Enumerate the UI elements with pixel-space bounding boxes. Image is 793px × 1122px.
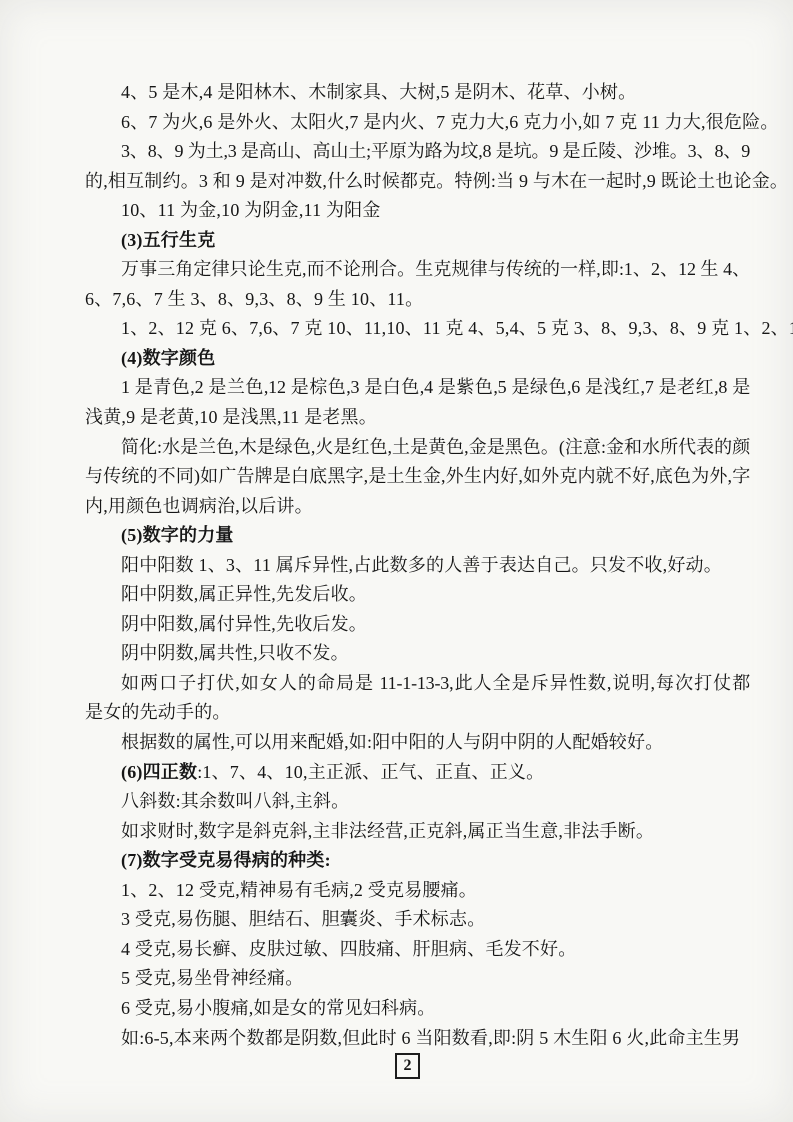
text-line: 4 受克,易长癣、皮肤过敏、四肢痛、肝胆病、毛发不好。 — [85, 935, 750, 965]
text-line: 如求财时,数字是斜克斜,主非法经营,正克斜,属正当生意,非法手断。 — [85, 817, 750, 847]
text-line: 万事三角定律只论生克,而不论刑合。生克规律与传统的一样,即:1、2、12 生 4… — [85, 255, 750, 285]
text-line-segment: 10、11 为金,10 为阴金,11 为阳金 — [121, 200, 381, 220]
text-line: 如:6-5,本来两个数都是阴数,但此时 6 当阳数看,即:阴 5 木生阳 6 火… — [85, 1024, 750, 1054]
text-line-segment: 如:6-5,本来两个数都是阴数,但此时 6 当阳数看,即:阴 5 木生阳 6 火… — [121, 1028, 740, 1048]
text-line-segment: 如两口子打伏,如女人的命局是 11-1-13-3,此人全是斥异性数,说明,每次打… — [121, 673, 750, 693]
text-line: (3)五行生克 — [85, 226, 750, 256]
text-line: 3、8、9 为土,3 是高山、高山土;平原为路为坟,8 是坑。9 是丘陵、沙堆。… — [85, 137, 750, 167]
text-line: 1 是青色,2 是兰色,12 是棕色,3 是白色,4 是紫色,5 是绿色,6 是… — [85, 373, 750, 403]
text-line-bold-segment: (4)数字颜色 — [121, 348, 215, 368]
text-line-segment: 3 受克,易伤腿、胆结石、胆囊炎、手术标志。 — [121, 909, 485, 929]
text-line-segment: 1、2、12 受克,精神易有毛病,2 受克易腰痛。 — [121, 880, 477, 900]
text-line-segment: 八斜数:其余数叫八斜,主斜。 — [121, 791, 349, 811]
text-line: 4、5 是木,4 是阳林木、木制家具、大树,5 是阴木、花草、小树。 — [85, 78, 750, 108]
text-line: 5 受克,易坐骨神经痛。 — [85, 964, 750, 994]
page-number: 2 — [395, 1053, 420, 1079]
text-line-segment: 内,用颜色也调病治,以后讲。 — [85, 496, 313, 516]
text-line-segment: 根据数的属性,可以用来配婚,如:阳中阳的人与阴中阴的人配婚较好。 — [121, 732, 663, 752]
text-line: 浅黄,9 是老黄,10 是浅黑,11 是老黑。 — [85, 403, 750, 433]
text-line: 1、2、12 受克,精神易有毛病,2 受克易腰痛。 — [85, 876, 750, 906]
text-line: 3 受克,易伤腿、胆结石、胆囊炎、手术标志。 — [85, 905, 750, 935]
text-line: 阴中阴数,属共性,只收不发。 — [85, 639, 750, 669]
text-line-segment: 3、8、9 为土,3 是高山、高山土;平原为路为坟,8 是坑。9 是丘陵、沙堆。… — [85, 141, 750, 167]
text-line: 1、2、12 克 6、7,6、7 克 10、11,10、11 克 4、5,4、5… — [85, 314, 750, 344]
text-line-segment: 6、7,6、7 生 3、8、9,3、8、9 生 10、11。 — [85, 289, 423, 309]
text-line: (6)四正数:1、7、4、10,主正派、正气、正直、正义。 — [85, 758, 750, 788]
text-line-segment: 与传统的不同)如广告牌是白底黑字,是土生金,外生内好,如外克内就不好,底色为外,… — [85, 466, 750, 492]
text-line-segment: 1 是青色,2 是兰色,12 是棕色,3 是白色,4 是紫色,5 是绿色,6 是… — [121, 377, 750, 397]
text-line-bold-segment: (3)五行生克 — [121, 230, 215, 250]
text-line: 根据数的属性,可以用来配婚,如:阳中阳的人与阴中阴的人配婚较好。 — [85, 728, 750, 758]
text-line: 内,用颜色也调病治,以后讲。 — [85, 492, 750, 522]
text-line-segment: 的,相互制约。3 和 9 是对冲数,什么时候都克。特例:当 9 与木在一起时,9… — [85, 171, 788, 191]
text-line-bold-segment: (7)数字受克易得病的种类: — [121, 850, 331, 870]
text-line-segment: 万事三角定律只论生克,而不论刑合。生克规律与传统的一样,即:1、2、12 生 4… — [85, 259, 750, 285]
text-line: 如两口子打伏,如女人的命局是 11-1-13-3,此人全是斥异性数,说明,每次打… — [85, 669, 750, 699]
text-line-bold-segment: (5)数字的力量 — [121, 525, 234, 545]
text-line: 是女的先动手的。 — [85, 698, 750, 728]
text-line: 八斜数:其余数叫八斜,主斜。 — [85, 787, 750, 817]
text-line-segment: 阴中阳数,属付异性,先收后发。 — [121, 614, 367, 634]
text-line-segment: 浅黄,9 是老黄,10 是浅黑,11 是老黑。 — [85, 407, 377, 427]
text-line-segment: 阴中阴数,属共性,只收不发。 — [121, 643, 349, 663]
text-line: 阴中阳数,属付异性,先收后发。 — [85, 610, 750, 640]
text-line-segment: 5 受克,易坐骨神经痛。 — [121, 968, 303, 988]
text-line-segment: 阳中阴数,属正异性,先发后收。 — [121, 584, 367, 604]
text-line: (5)数字的力量 — [85, 521, 750, 551]
text-line-segment: 1、2、12 克 6、7,6、7 克 10、11,10、11 克 4、5,4、5… — [121, 318, 793, 338]
text-line: 6、7,6、7 生 3、8、9,3、8、9 生 10、11。 — [85, 285, 750, 315]
text-line-segment: 是女的先动手的。 — [85, 702, 231, 722]
text-line: 简化:水是兰色,木是绿色,火是红色,土是黄色,金是黑色。(注意:金和水所代表的颜… — [85, 433, 750, 463]
text-line-segment: 简化:水是兰色,木是绿色,火是红色,土是黄色,金是黑色。(注意:金和水所代表的颜… — [85, 437, 750, 463]
text-line-bold-segment: (6)四正数 — [121, 762, 197, 782]
text-line: 阳中阳数 1、3、11 属斥异性,占此数多的人善于表达自己。只发不收,好动。 — [85, 551, 750, 581]
page-footer: 2 — [0, 1053, 793, 1079]
text-line-segment: 阳中阳数 1、3、11 属斥异性,占此数多的人善于表达自己。只发不收,好动。 — [121, 555, 722, 575]
text-line-segment: 如求财时,数字是斜克斜,主非法经营,正克斜,属正当生意,非法手断。 — [121, 821, 654, 841]
text-line-segment: 6 受克,易小腹痛,如是女的常见妇科病。 — [121, 998, 436, 1018]
text-line: 6、7 为火,6 是外火、太阳火,7 是内火、7 克力大,6 克力小,如 7 克… — [85, 108, 750, 138]
text-line: 阳中阴数,属正异性,先发后收。 — [85, 580, 750, 610]
text-line-segment: 6、7 为火,6 是外火、太阳火,7 是内火、7 克力大,6 克力小,如 7 克… — [121, 112, 779, 132]
text-line: (7)数字受克易得病的种类: — [85, 846, 750, 876]
text-line-segment: 4 受克,易长癣、皮肤过敏、四肢痛、肝胆病、毛发不好。 — [121, 939, 576, 959]
text-block: 4、5 是木,4 是阳林木、木制家具、大树,5 是阴木、花草、小树。6、7 为火… — [85, 78, 750, 1053]
text-line: 10、11 为金,10 为阴金,11 为阳金 — [85, 196, 750, 226]
text-line-segment: 4、5 是木,4 是阳林木、木制家具、大树,5 是阴木、花草、小树。 — [121, 82, 636, 102]
text-line: 与传统的不同)如广告牌是白底黑字,是土生金,外生内好,如外克内就不好,底色为外,… — [85, 462, 750, 492]
text-line-segment: :1、7、4、10,主正派、正气、正直、正义。 — [197, 762, 544, 782]
text-line: (4)数字颜色 — [85, 344, 750, 374]
scanned-document-page: 4、5 是木,4 是阳林木、木制家具、大树,5 是阴木、花草、小树。6、7 为火… — [0, 0, 793, 1122]
text-line: 6 受克,易小腹痛,如是女的常见妇科病。 — [85, 994, 750, 1024]
text-line: 的,相互制约。3 和 9 是对冲数,什么时候都克。特例:当 9 与木在一起时,9… — [85, 167, 750, 197]
